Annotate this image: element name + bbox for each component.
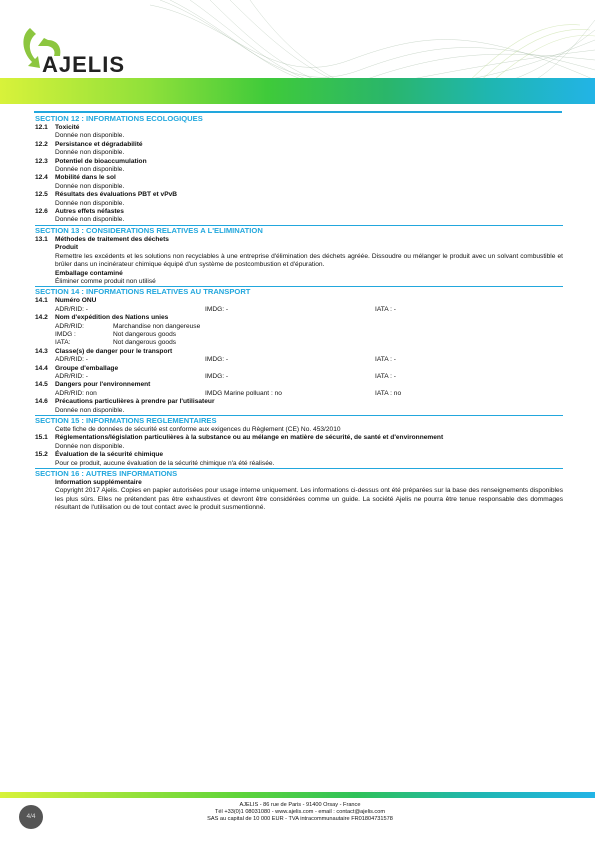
item-number: 14.3 <box>35 348 55 356</box>
item-heading: Classe(s) de danger pour le transport <box>55 348 172 356</box>
footer-gradient-band <box>0 792 595 798</box>
shipping-name-row: IATA:Not dangerous goods <box>35 339 563 347</box>
item-heading: Nom d'expédition des Nations unies <box>55 314 168 322</box>
item-number: 14.6 <box>35 398 55 406</box>
iata-value: IATA : no <box>375 390 401 398</box>
item-text: Donnée non disponible. <box>35 407 563 416</box>
item-number: 14.5 <box>35 381 55 389</box>
item-text: Donnée non disponible. <box>35 200 563 208</box>
item-heading: Potentiel de bioaccumulation <box>55 158 147 166</box>
item-text: Pour ce produit, aucune évaluation de la… <box>35 460 563 469</box>
item-number: 14.1 <box>35 297 55 305</box>
header-divider <box>34 111 562 113</box>
item-heading: Autres effets néfastes <box>55 208 124 216</box>
product-text: Remettre les excédents et les solutions … <box>35 253 563 270</box>
item-number: 12.6 <box>35 208 55 216</box>
item-text: Copyright 2017 Ajelis. Copies en papier … <box>35 487 563 512</box>
document-body: SECTION 12 : INFORMATIONS ECOLOGIQUES 12… <box>35 114 563 513</box>
item-text: Donnée non disponible. <box>35 216 563 225</box>
item-heading: Réglementations/législation particulière… <box>55 434 443 442</box>
section-15-intro: Cette fiche de données de sécurité est c… <box>35 426 563 434</box>
item-text: Donnée non disponible. <box>35 183 563 191</box>
iata-value: IATA : - <box>375 373 396 381</box>
imdg-value: IMDG Marine polluant : no <box>205 390 375 398</box>
item-heading: Méthodes de traitement des déchets <box>55 236 169 244</box>
row-value: Not dangerous goods <box>113 339 176 347</box>
item-text: Donnée non disponible. <box>35 132 563 140</box>
row-label: IMDG : <box>55 331 113 339</box>
item-number: 12.1 <box>35 124 55 132</box>
item-number: 13.1 <box>35 236 55 244</box>
item-number: 12.4 <box>35 174 55 182</box>
page-number-badge: 4/4 <box>19 805 43 829</box>
shipping-name-row: IMDG :Not dangerous goods <box>35 331 563 339</box>
section-14-title: SECTION 14 : INFORMATIONS RELATIVES AU T… <box>35 287 563 296</box>
row-label: ADR/RID: <box>55 323 113 331</box>
section-13-title: SECTION 13 : CONSIDERATIONS RELATIVES A … <box>35 226 563 235</box>
adr-value: ADR/RID: - <box>55 373 205 381</box>
item-heading: Mobilité dans le sol <box>55 174 116 182</box>
iata-value: IATA : - <box>375 356 396 364</box>
imdg-value: IMDG: - <box>205 306 375 314</box>
transport-row: ADR/RID: -IMDG: -IATA : - <box>35 373 563 381</box>
adr-value: ADR/RID: - <box>55 356 205 364</box>
product-label: Produit <box>35 244 563 252</box>
item-number: 12.5 <box>35 191 55 199</box>
item-number: 14.2 <box>35 314 55 322</box>
item-heading: Numéro ONU <box>55 297 96 305</box>
item-text: Donnée non disponible. <box>35 166 563 174</box>
footer-address: AJELIS - 86 rue de Paris - 91400 Orsay -… <box>150 802 450 823</box>
adr-value: ADR/RID: non <box>55 390 205 398</box>
item-heading: Groupe d'emballage <box>55 365 118 373</box>
item-heading: Persistance et dégradabilité <box>55 141 143 149</box>
footer-line-3: SAS au capital de 10 000 EUR - TVA intra… <box>150 816 450 823</box>
adr-value: ADR/RID: - <box>55 306 205 314</box>
footer-line-1: AJELIS - 86 rue de Paris - 91400 Orsay -… <box>150 802 450 809</box>
item-number: 12.3 <box>35 158 55 166</box>
transport-row: ADR/RID: -IMDG: -IATA : - <box>35 356 563 364</box>
item-heading: Précautions particulières à prendre par … <box>55 398 215 406</box>
imdg-value: IMDG: - <box>205 356 375 364</box>
row-value: Marchandise non dangereuse <box>113 323 200 331</box>
footer-line-2: Tél +33(0)1 08031080 - www.ajelis.com - … <box>150 809 450 816</box>
item-number: 15.1 <box>35 434 55 442</box>
section-12-title: SECTION 12 : INFORMATIONS ECOLOGIQUES <box>35 114 563 123</box>
packaging-label: Emballage contaminé <box>35 270 563 278</box>
item-number: 15.2 <box>35 451 55 459</box>
iata-value: IATA : - <box>375 306 396 314</box>
packaging-text: Éliminer comme produit non utilisé <box>35 278 563 287</box>
item-text: Donnée non disponible. <box>35 443 563 451</box>
logo-text: AJELIS <box>42 52 125 78</box>
item-text: Donnée non disponible. <box>35 149 563 157</box>
section-16-title: SECTION 16 : AUTRES INFORMATIONS <box>35 469 563 478</box>
row-value: Not dangerous goods <box>113 331 176 339</box>
imdg-value: IMDG: - <box>205 373 375 381</box>
item-heading: Dangers pour l'environnement <box>55 381 150 389</box>
item-heading: Toxicité <box>55 124 79 132</box>
item-heading: Évaluation de la sécurité chimique <box>55 451 163 459</box>
page-header: AJELIS <box>0 0 595 115</box>
item-heading: Résultats des évaluations PBT et vPvB <box>55 191 177 199</box>
item-heading: Information supplémentaire <box>35 479 563 487</box>
transport-row: ADR/RID: nonIMDG Marine polluant : noIAT… <box>35 390 563 398</box>
shipping-name-row: ADR/RID:Marchandise non dangereuse <box>35 323 563 331</box>
item-number: 12.2 <box>35 141 55 149</box>
section-15-title: SECTION 15 : INFORMATIONS REGLEMENTAIRES <box>35 416 563 425</box>
item-number: 14.4 <box>35 365 55 373</box>
row-label: IATA: <box>55 339 113 347</box>
transport-row: ADR/RID: -IMDG: -IATA : - <box>35 306 563 314</box>
